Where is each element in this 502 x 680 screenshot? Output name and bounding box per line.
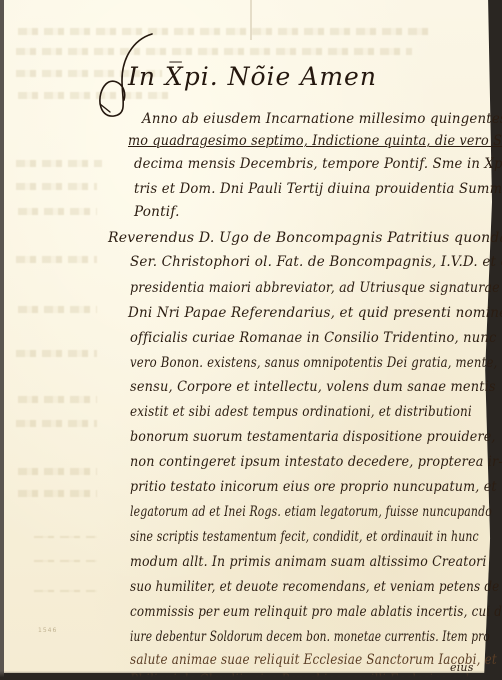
scanned-manuscript: 1546 In X̅pi. Nõie Amen Anno ab eiusdem… — [0, 0, 502, 680]
invocation-heading: In X̅pi. Nõie Amen — [128, 62, 377, 91]
text-line: decima mensis Decembris, tempore Pontif.… — [134, 156, 502, 172]
text-line: suo humiliter, et deuote recomendans, et… — [130, 579, 499, 595]
text-line: mo quadragesimo septimo, Indictione quin… — [128, 133, 502, 149]
text-line: Reverendus D. Ugo de Boncompagnis Patrit… — [108, 230, 502, 246]
text-line: Ser. Christophori ol. Fat. de Boncompagn… — [130, 254, 502, 270]
bleed-through — [34, 590, 97, 592]
bleed-through — [18, 396, 97, 403]
bleed-through — [18, 28, 432, 35]
text-line: sensu, Corpore et intellectu, volens dum… — [130, 379, 496, 395]
bleed-through — [34, 536, 97, 538]
text-line: vero Bonon. existens, sanus omnipotentis… — [130, 355, 497, 371]
scan-left-edge — [0, 0, 4, 680]
paper-crease — [250, 0, 252, 40]
bleed-through — [18, 306, 97, 313]
text-line: Anno ab eiusdem Incarnatione millesimo q… — [142, 111, 502, 127]
text-line: non contingeret ipsum intestato decedere… — [130, 454, 502, 470]
text-line: presidentia maiori abbreviator, ad Utriu… — [130, 280, 502, 296]
text-line: Dni Nri Papae Referendarius, et quid pre… — [128, 305, 502, 321]
text-line: pritio testato inicorum eius ore proprio… — [130, 479, 497, 495]
bleed-through — [16, 183, 97, 190]
text-line: officialis curiae Romanae in Consilio Tr… — [130, 330, 496, 346]
text-line: salute animae suae reliquit Ecclesiae Sa… — [130, 652, 497, 668]
bleed-through — [16, 420, 97, 427]
text-line: existit et sibi adest tempus ordinationi… — [130, 404, 472, 420]
text-line: sine scriptis testamentum fecit, condidi… — [130, 529, 479, 545]
text-line: tris et Dom. Dni Pauli Tertij diuina pro… — [134, 181, 502, 197]
text-line: bonorum suorum testamentaria disposition… — [130, 429, 496, 445]
bleed-through — [16, 256, 97, 263]
text-line: legatorum ad et Inei Rogs. etiam legator… — [130, 504, 492, 520]
text-line: iure debentur Soldorum decem bon. moneta… — [130, 629, 490, 645]
bleed-through — [18, 490, 97, 497]
bleed-through — [16, 160, 102, 167]
bleed-through — [18, 468, 97, 475]
scan-bottom-edge — [0, 671, 502, 680]
text-line: Pontif. — [134, 204, 180, 220]
bleed-through — [18, 208, 97, 215]
bleed-through — [16, 350, 97, 357]
bleed-through — [16, 48, 412, 55]
margin-note: 1546 — [38, 627, 57, 634]
text-line: modum allt. In primis animam suam altiss… — [130, 554, 487, 570]
text-line: commissis per eum relinquit pro male abl… — [130, 604, 502, 620]
bleed-through — [34, 560, 97, 562]
